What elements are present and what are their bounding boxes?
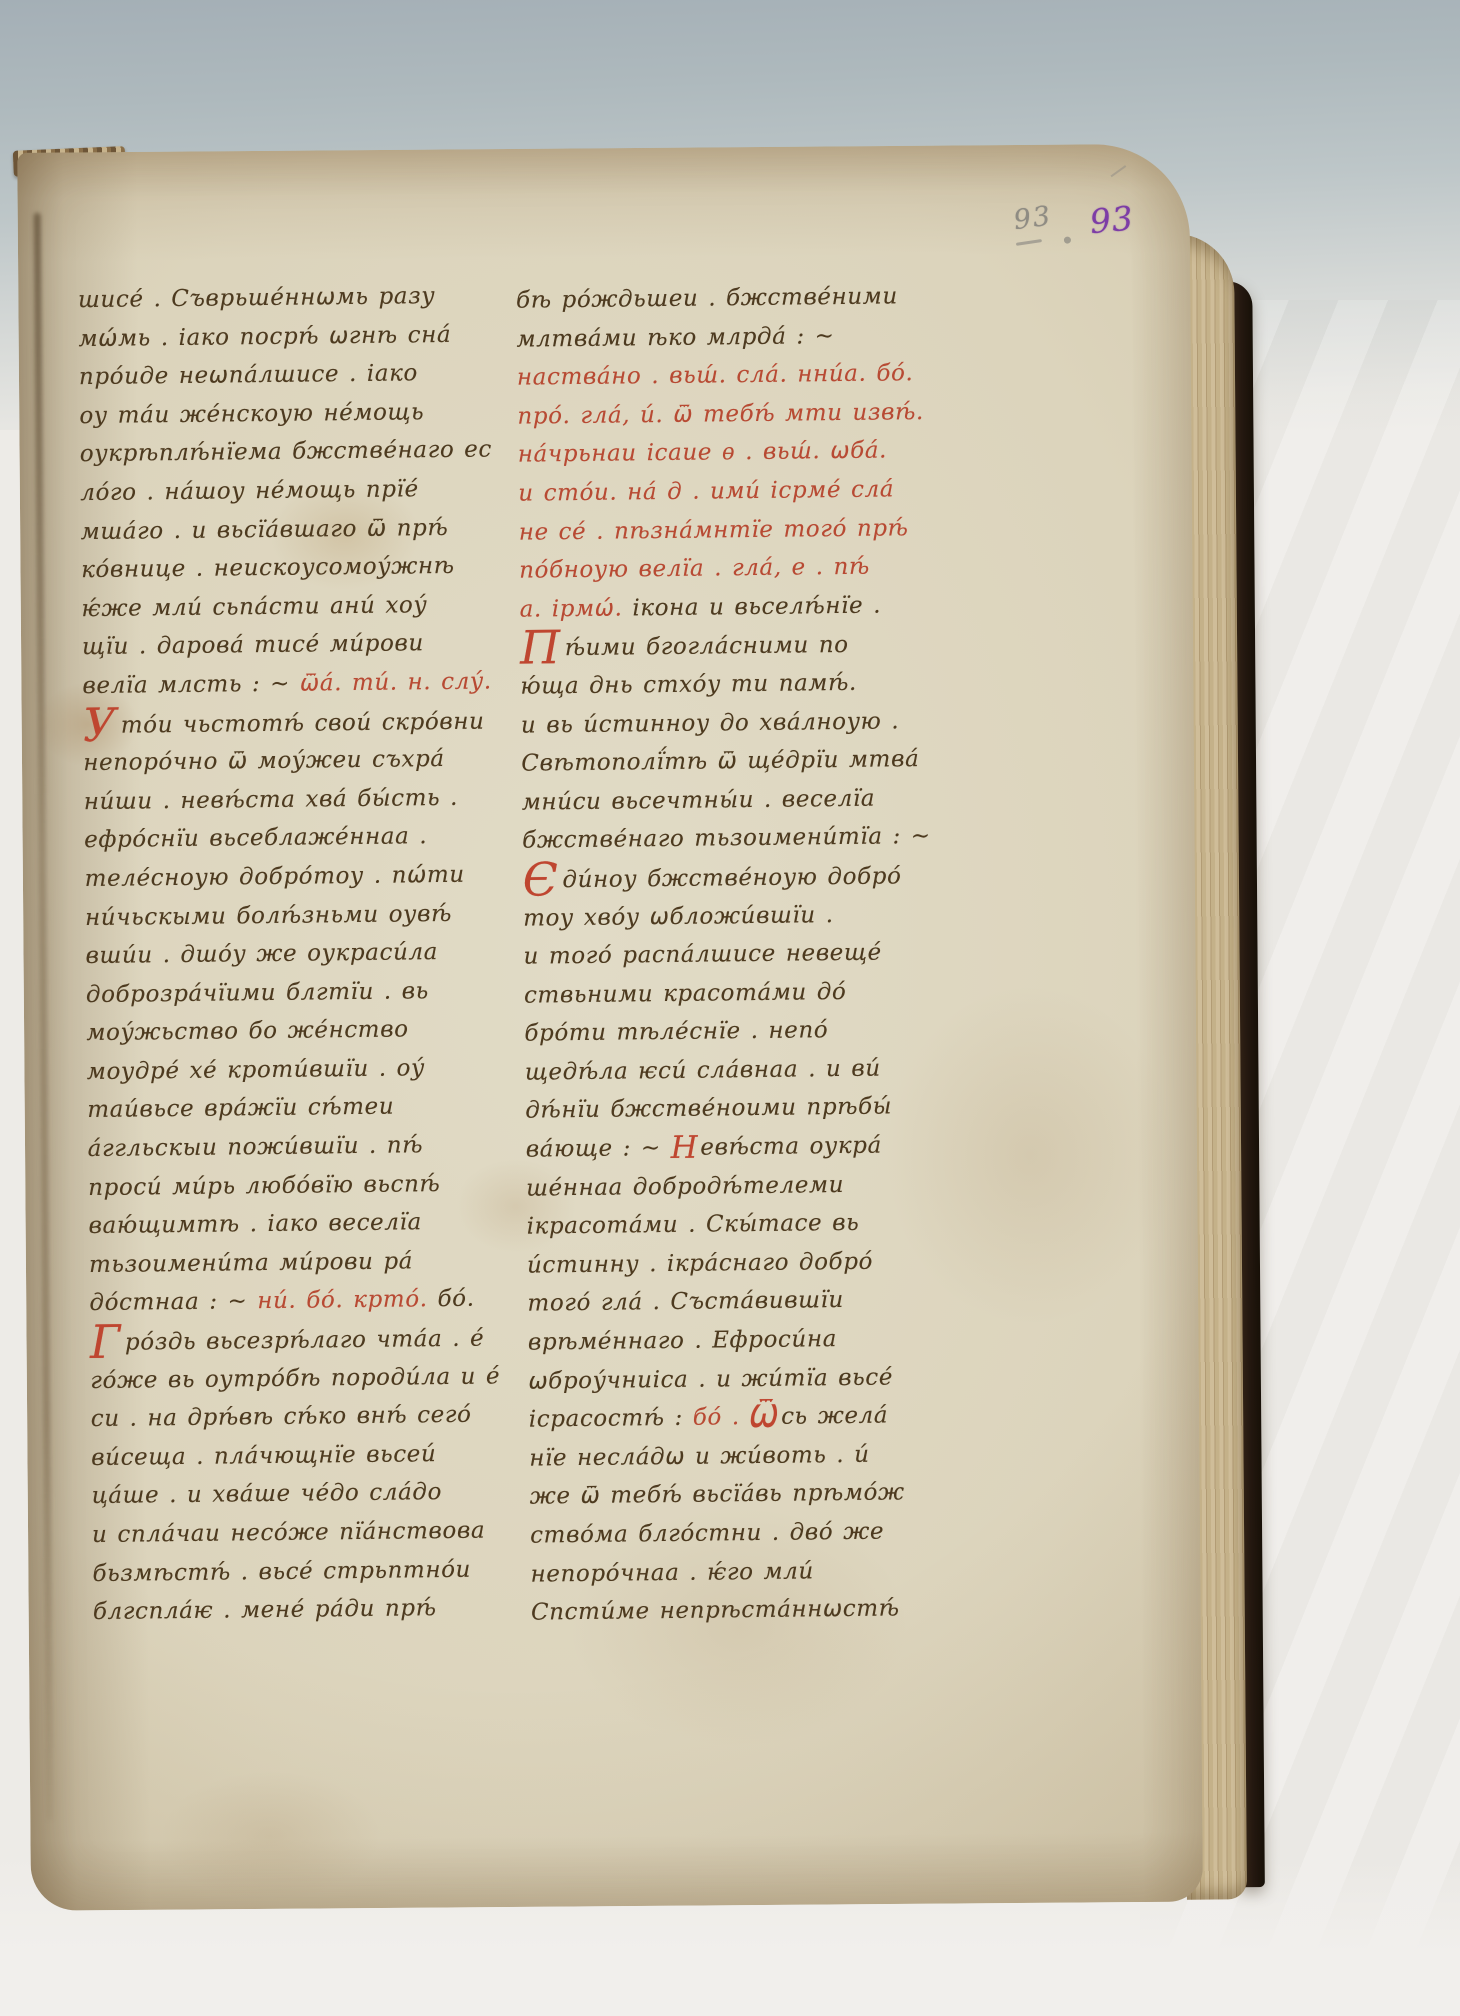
- text-line: ло́го . на́шоу не́мощь прїе́: [80, 469, 493, 512]
- text-run: мша́го . и вьсїа́вшаго ѿ прѣ́: [81, 514, 449, 544]
- text-line: си . на дрѣ́вѣ сѣ́ко внѣ́ сего́: [91, 1396, 504, 1439]
- text-line: теле́сноую добро́тоу . пѡ́ти: [84, 855, 497, 898]
- text-run: ствьними красота́ми до́: [524, 979, 847, 1009]
- text-line: проси́ ми́рь любо́вїю вьспѣ́: [88, 1164, 501, 1207]
- text-line: ца́ше . и хва́ше че́до сла́до: [91, 1473, 504, 1516]
- text-line: велїа млсть : ~ ѿа́. ти́. н. слу́.: [82, 662, 495, 705]
- text-line: ва́юще : ~ Невѣ́ста оукра́: [526, 1126, 935, 1169]
- rubric-run: на́чрьнаи ісаие ѳ . вьш́. ѡба́.: [518, 438, 887, 468]
- text-line: ваю́щимтѣ . іако веселїа: [88, 1203, 501, 1246]
- pencil-stray-mark: [1110, 165, 1126, 177]
- text-run: дѣ́нїи бжстве́ноими прѣбы́: [525, 1094, 892, 1124]
- text-line: ѥ́же мли́ сьпа́сти ани́ хоу́: [81, 585, 494, 628]
- text-line: Свѣтополї́тѣ ѿ ще́дрїи мтва́: [521, 740, 930, 783]
- text-line: ісрасостѣ́ : бо́ . Ѿсь жела́: [529, 1396, 938, 1439]
- text-line: не се́ . пѣзна́мнтїе того́ прѣ́: [519, 509, 928, 552]
- text-run: шисе́ . Съврьше́ннѡмь разу: [78, 283, 435, 313]
- text-run: велїа млсть : ~: [82, 671, 300, 699]
- rubric-initial: Н: [670, 1130, 698, 1166]
- text-line: на́чрьнаи ісаие ѳ . вьш́. ѡба́.: [518, 431, 927, 474]
- text-run: ю́ща днь стхо́у ти памѣ́.: [520, 670, 857, 700]
- text-line: мѡ́мь . іако посрѣ́ ѡгнѣ сна́: [78, 315, 491, 358]
- text-run: непоро́чно ѿ моу́жеи съхра́: [83, 746, 445, 776]
- text-line: наства́но . вьш́. сла́. нни́а. бо́.: [517, 354, 926, 397]
- text-run: ісрасостѣ́ :: [529, 1405, 693, 1433]
- rubric-run: а. ірмѡ́.: [519, 595, 632, 622]
- manuscript-photo: { "photo": { "background": { "top_color"…: [0, 0, 1460, 2016]
- text-run: ца́ше . и хва́ше че́до сла́до: [92, 1479, 443, 1509]
- text-run: и́стинну . ікра́снаго добро́: [527, 1249, 873, 1279]
- text-line: и спла́чаи несо́же пїа́нствова: [92, 1511, 505, 1554]
- text-run: ни́ши . невѣ́ста хва́ бы́сть .: [84, 785, 459, 815]
- text-line: млтва́ми ѣко млрда́ : ~: [516, 316, 925, 359]
- rubric-run: наства́но . вьш́. сла́. нни́а. бо́.: [517, 360, 914, 390]
- text-run: бжстве́наго тьзоимени́тїа : ~: [522, 823, 931, 854]
- text-line: шисе́ . Съврьше́ннѡмь разу: [78, 276, 491, 319]
- text-run: непоро́чнаа . ѥ́го мли́: [530, 1558, 814, 1587]
- text-run: теле́сноую добро́тоу . пѡ́ти: [85, 862, 465, 892]
- text-run: ко́внице . неискоусомоу́жнѣ: [81, 553, 455, 583]
- text-run: тоу хво́у ѡбложи́вшїи .: [523, 902, 834, 932]
- text-run: ше́ннаа добродѣ́телеми: [526, 1172, 844, 1202]
- text-line: бѣ ро́ждьшеи . бжстве́ними: [516, 277, 925, 320]
- text-line: бро́ти тѣле́снїе . непо́: [524, 1010, 933, 1053]
- text-line: дѣ́нїи бжстве́ноими прѣбы́: [525, 1087, 934, 1130]
- text-run: бо́.: [427, 1286, 474, 1313]
- rubric-run: бо́ .: [693, 1404, 750, 1431]
- text-run: же ѿ тебѣ́ вьсїа́вь прѣмо́ж: [530, 1480, 905, 1510]
- text-run: про́иде неѡпа́лшисе . іако: [79, 360, 418, 390]
- text-run: врѣме́ннаго . Ефроси́на: [528, 1326, 837, 1356]
- manuscript-column-left: шисе́ . Съврьше́ннѡмь разумѡ́мь . іако п…: [78, 276, 505, 1631]
- text-run: го́же вь оутро́бѣ породи́ла и е́: [90, 1363, 500, 1394]
- text-line: врѣме́ннаго . Ефроси́на: [528, 1319, 937, 1362]
- text-line: ви́сеща . пла́чющнїе вьсеи́: [91, 1434, 504, 1477]
- text-line: про́иде неѡпа́лшисе . іако: [79, 354, 492, 397]
- text-line: того́ гла́ . Съста́вившїи: [527, 1280, 936, 1323]
- rubric-run: по́бноую велїа . гла́, е . пѣ́: [519, 554, 870, 584]
- text-line: тоу хво́у ѡбложи́вшїи .: [523, 894, 932, 937]
- rubric-run: про́. гла́, и́. ѿ тебѣ́ мти извѣ́.: [517, 399, 924, 430]
- text-run: ни́чьскыми болѣ́зньми оувѣ́: [85, 900, 452, 930]
- text-run: бьзмѣстѣ́ . вьсе́ стрьптно́и: [92, 1556, 471, 1586]
- text-run: ло́го . на́шоу не́мощь прїе́: [80, 476, 419, 506]
- text-run: ефро́снїи вьсеблаже́ннаа .: [84, 823, 427, 853]
- text-run: таи́вьсе вра́жїи сѣ́теи: [87, 1094, 394, 1123]
- rubric-run: ни́. бо́. крто́.: [257, 1287, 428, 1315]
- text-run: ди́ноу бжстве́ноую добро́: [562, 863, 901, 893]
- book: 93 93 шисе́ . Съврьше́ннѡмь разумѡ́мь . …: [11, 113, 1265, 1915]
- text-line: до́стнаа : ~ ни́. бо́. крто́. бо́.: [89, 1280, 502, 1323]
- text-run: тьзоимени́та ми́рови ра́: [89, 1248, 413, 1278]
- text-run: щїи . дарова́ тисе́ ми́рови: [82, 631, 424, 661]
- text-run: блгспла́ѥ . мене́ ра́ди прѣ́: [93, 1595, 437, 1625]
- text-run: того́ гла́ . Съста́вившїи: [527, 1287, 844, 1317]
- text-line: Гро́здь вьсезрѣ́лаго чта́а . е́: [90, 1318, 503, 1361]
- text-run: ство́ма блго́стни . дво́ же: [530, 1519, 884, 1549]
- text-line: Єди́ноу бжстве́ноую добро́: [522, 856, 931, 899]
- text-line: мша́го . и вьсїа́вшаго ѿ прѣ́: [80, 508, 493, 551]
- text-run: вши́и . дшо́у же оукраси́ла: [85, 939, 438, 969]
- text-run: моудре́ хе́ кроти́вшїи . оу́: [87, 1055, 425, 1085]
- ink-dot: [1064, 237, 1071, 244]
- text-line: ни́чьскыми болѣ́зньми оувѣ́: [85, 894, 498, 937]
- text-line: и сто́и. на́ д . ими́ ісрме́ сла́: [518, 470, 927, 513]
- text-line: вши́и . дшо́у же оукраси́ла: [85, 932, 498, 975]
- text-run: мни́си вьсечтны́и . веселїа: [522, 785, 876, 815]
- text-line: тьзоимени́та ми́рови ра́: [89, 1241, 502, 1284]
- text-run: си . на дрѣ́вѣ сѣ́ко внѣ́ сего́: [91, 1402, 472, 1432]
- text-run: ікрасота́ми . Скы́тасе вь: [526, 1210, 859, 1240]
- text-line: а́ггльскыи пожи́вшїи . пѣ́: [88, 1125, 501, 1168]
- text-line: и вь и́стинноу до хва́лноую .: [521, 702, 930, 745]
- text-line: Уто́и чьстотѣ́ свои́ скро́вни: [83, 701, 496, 744]
- text-run: до́стнаа : ~: [89, 1289, 257, 1317]
- text-line: а. ірмѡ́. ікона и вьселѣ́нїе .: [519, 586, 928, 629]
- text-run: ви́сеща . пла́чющнїе вьсеи́: [91, 1441, 436, 1471]
- text-line: бжстве́наго тьзоимени́тїа : ~: [522, 817, 931, 860]
- manuscript-page: 93 93 шисе́ . Съврьше́ннѡмь разумѡ́мь . …: [17, 144, 1203, 1911]
- text-line: го́же вь оутро́бѣ породи́ла и е́: [90, 1357, 503, 1400]
- text-run: ѡброу́чниіса . и жи́тїа вьсе́: [528, 1364, 893, 1394]
- text-line: по́бноую велїа . гла́, е . пѣ́: [519, 547, 928, 590]
- text-line: щїи . дарова́ тисе́ ми́рови: [82, 624, 495, 667]
- text-run: и вь и́стинноу до хва́лноую .: [521, 708, 900, 738]
- text-run: бро́ти тѣле́снїе . непо́: [524, 1017, 828, 1046]
- text-run: оу та́и же́нскоую не́мощь: [79, 399, 424, 429]
- text-line: ни́ши . невѣ́ста хва́ бы́сть .: [84, 778, 497, 821]
- text-run: млтва́ми ѣко млрда́ : ~: [516, 323, 834, 353]
- text-line: оукрѣплѣ́нїема бжстве́наго ес: [80, 431, 493, 474]
- text-run: щедѣ́ла ѥси́ сла́внаа . и ви́: [525, 1055, 881, 1085]
- text-line: непоро́чно ѿ моу́жеи съхра́: [83, 740, 496, 783]
- text-line: ефро́снїи вьсеблаже́ннаа .: [84, 817, 497, 860]
- page-gutter-shadow: [34, 213, 54, 1821]
- rubric-run: не се́ . пѣзна́мнтїе того́ прѣ́: [519, 515, 909, 545]
- text-run: доброзра́чїими блгтїи . вь: [86, 978, 429, 1008]
- text-run: ваю́щимтѣ . іако веселїа: [88, 1210, 422, 1240]
- text-run: моу́жьство бо же́нство: [86, 1017, 408, 1047]
- text-run: проси́ ми́рь любо́вїю вьспѣ́: [88, 1171, 440, 1201]
- text-run: нїе несла́дѡ и жи́воть . и́: [529, 1442, 870, 1472]
- text-run: сь жела́: [781, 1403, 888, 1430]
- text-line: щедѣ́ла ѥси́ сла́внаа . и ви́: [525, 1049, 934, 1092]
- folio-number-stamp: 93: [1088, 198, 1136, 241]
- text-line: доброзра́чїими блгтїи . вь: [86, 971, 499, 1014]
- text-run: то́и чьстотѣ́ свои́ скро́вни: [121, 708, 485, 738]
- text-run: ікона и вьселѣ́нїе .: [632, 592, 881, 621]
- folio-number-pencil-underline: [1016, 239, 1042, 246]
- text-run: бѣ ро́ждьшеи . бжстве́ними: [516, 283, 898, 313]
- text-line: оу та́и же́нскоую не́мощь: [79, 392, 492, 435]
- folio-number-pencil: 93: [1012, 201, 1054, 237]
- text-line: моу́жьство бо же́нство: [86, 1010, 499, 1053]
- text-run: оукрѣплѣ́нїема бжстве́наго ес: [80, 437, 492, 468]
- text-run: а́ггльскыи пожи́вшїи . пѣ́: [88, 1132, 424, 1162]
- text-line: мни́си вьсечтны́и . веселїа: [522, 779, 931, 822]
- text-run: и того́ распа́лшисе невеще́: [523, 940, 882, 970]
- text-line: непоро́чнаа . ѥ́го мли́: [530, 1551, 939, 1594]
- rubric-run: и сто́и. на́ д . ими́ ісрме́ сла́: [518, 476, 894, 506]
- manuscript-column-right: бѣ ро́ждьшеи . бжстве́нимимлтва́ми ѣко м…: [516, 277, 940, 1632]
- text-run: мѡ́мь . іако посрѣ́ ѡгнѣ сна́: [78, 321, 451, 351]
- text-run: Свѣтополї́тѣ ѿ ще́дрїи мтва́: [521, 746, 919, 777]
- text-run: ѣ́ими бгогла́сними по: [565, 632, 849, 661]
- text-run: Спсти́ме непрѣста́ннѡстѣ́: [531, 1596, 900, 1626]
- text-run: ѥ́же мли́ сьпа́сти ани́ хоу́: [81, 592, 427, 622]
- rubric-run: ѿа́. ти́. н. слу́.: [300, 668, 492, 696]
- text-line: про́. гла́, и́. ѿ тебѣ́ мти извѣ́.: [517, 393, 926, 436]
- text-line: ікрасота́ми . Скы́тасе вь: [526, 1203, 935, 1246]
- rubric-initial: Ѿ: [749, 1399, 779, 1435]
- text-line: нїе несла́дѡ и жи́воть . и́: [529, 1435, 938, 1478]
- text-run: ва́юще : ~: [526, 1135, 671, 1163]
- text-line: блгспла́ѥ . мене́ ра́ди прѣ́: [93, 1589, 506, 1632]
- text-line: Пѣ́ими бгогла́сними по: [520, 624, 929, 667]
- text-line: ствьними красота́ми до́: [524, 972, 933, 1015]
- text-line: ство́ма блго́стни . дво́ же: [530, 1512, 939, 1555]
- text-run: ро́здь вьсезрѣ́лаго чта́а . е́: [125, 1326, 485, 1356]
- text-line: ко́внице . неискоусомоу́жнѣ: [81, 547, 494, 590]
- page-stain: [160, 1770, 381, 1902]
- text-run: и спла́чаи несо́же пїа́нствова: [92, 1518, 485, 1548]
- text-run: евѣ́ста оукра́: [700, 1133, 882, 1161]
- text-line: и того́ распа́лшисе невеще́: [523, 933, 932, 976]
- text-line: ше́ннаа добродѣ́телеми: [526, 1165, 935, 1208]
- text-line: таи́вьсе вра́жїи сѣ́теи: [87, 1087, 500, 1130]
- text-line: ѡброу́чниіса . и жи́тїа вьсе́: [528, 1358, 937, 1401]
- text-line: Спсти́ме непрѣста́ннѡстѣ́: [531, 1589, 940, 1632]
- text-line: моудре́ хе́ кроти́вшїи . оу́: [87, 1048, 500, 1091]
- text-line: бьзмѣстѣ́ . вьсе́ стрьптно́и: [92, 1550, 505, 1593]
- text-line: же ѿ тебѣ́ вьсїа́вь прѣмо́ж: [529, 1473, 938, 1516]
- text-line: и́стинну . ікра́снаго добро́: [527, 1242, 936, 1285]
- text-line: ю́ща днь стхо́у ти памѣ́.: [520, 663, 929, 706]
